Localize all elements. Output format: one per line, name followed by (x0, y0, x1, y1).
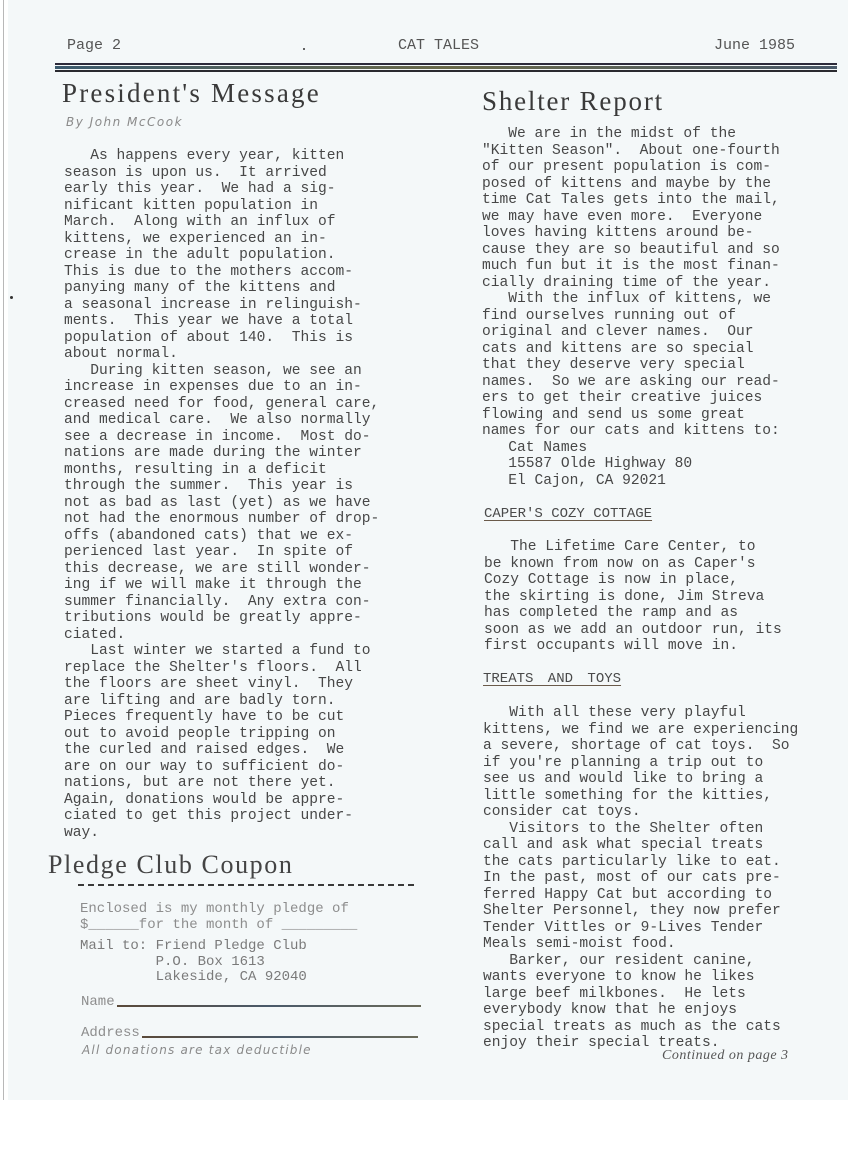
shelter-report-title: Shelter Report (482, 86, 664, 117)
address-field: Address (81, 1025, 418, 1041)
address-blank-line (142, 1036, 418, 1038)
issue-date: June 1985 (714, 37, 795, 54)
scan-speck (10, 296, 13, 299)
address-label: Address (81, 1025, 140, 1041)
pledge-amount-text: Enclosed is my monthly pledge of $______… (80, 902, 357, 933)
scan-speck (303, 48, 305, 50)
pledge-coupon-title: Pledge Club Coupon (48, 850, 293, 880)
header-rule-bottom (55, 70, 837, 72)
name-field: Name (81, 994, 421, 1010)
page-number: Page 2 (67, 37, 121, 54)
treats-and-toys-body: With all these very playful kittens, we … (483, 705, 798, 1052)
byline: By John McCook (66, 115, 183, 129)
presidents-message-body: As happens every year, kitten season is … (64, 148, 379, 841)
capers-cozy-cottage-body: The Lifetime Care Center, to be known fr… (484, 539, 782, 655)
header-rule-middle (55, 66, 837, 69)
tax-deductible-note: All donations are tax deductible (82, 1043, 312, 1057)
capers-cozy-cottage-heading: CAPER'S COZY COTTAGE (484, 506, 652, 522)
treats-and-toys-heading: TREATS AND TOYS (483, 671, 621, 687)
coupon-cut-line (78, 884, 414, 886)
presidents-message-title: President's Message (62, 78, 321, 109)
publication-name: CAT TALES (398, 37, 479, 54)
page-bottom-margin (0, 1100, 850, 1169)
name-label: Name (81, 994, 115, 1010)
scan-edge-line (3, 0, 4, 1169)
header-rule-top (55, 63, 837, 65)
shelter-report-intro: We are in the midst of the "Kitten Seaso… (482, 126, 780, 489)
name-blank-line (117, 1005, 421, 1007)
continued-note: Continued on page 3 (662, 1048, 789, 1064)
mail-to-address: Mail to: Friend Pledge Club P.O. Box 161… (80, 939, 307, 986)
